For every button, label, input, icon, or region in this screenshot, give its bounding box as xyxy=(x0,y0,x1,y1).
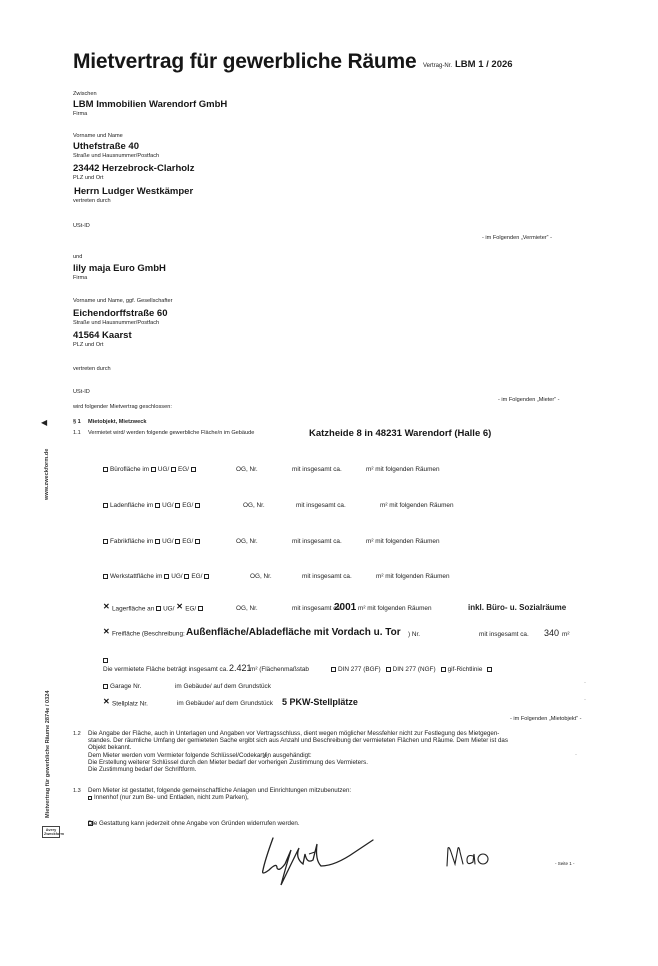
ug-checkbox[interactable] xyxy=(164,574,169,579)
rooms-label: m² mit folgenden Räumen xyxy=(380,502,454,509)
total-area-value: 2.421 xyxy=(229,663,252,673)
rooms-label: m² mit folgenden Räumen xyxy=(366,466,440,473)
section-1-2-line: Objekt bekannt. xyxy=(88,744,608,751)
total-area-unit: m² (Flächenmaßstab xyxy=(250,666,309,673)
landlord-company: LBM Immobilien Warendorf GmbH xyxy=(73,99,227,110)
parking-row: Stellplatz Nr. xyxy=(103,700,148,708)
ug-checkbox[interactable] xyxy=(155,503,160,508)
section-1-2-number: 1.2 xyxy=(73,731,81,737)
rooms-label: m² mit folgenden Räumen xyxy=(366,538,440,545)
area-type-label: Werkstattfläche im xyxy=(110,573,164,580)
og-checkbox[interactable] xyxy=(195,503,200,508)
area-type-checkbox[interactable] xyxy=(103,574,108,579)
standard-label: DIN 277 (BGF) xyxy=(338,666,381,673)
tenant-company-label: Firma xyxy=(73,275,87,281)
landlord-city: 23442 Herzebrock-Clarholz xyxy=(73,163,194,174)
open-area-checkbox[interactable] xyxy=(103,630,110,636)
total-area-label: Die vermietete Fläche beträgt insgesamt … xyxy=(103,666,228,673)
section-1-3-line-2: Innenhof (nur zum Be- und Entladen, nich… xyxy=(94,794,249,801)
eg-checkbox[interactable] xyxy=(175,503,180,508)
standard-checkbox[interactable] xyxy=(331,667,336,672)
area-type: Ladenfläche im UG/ EG/ xyxy=(103,502,202,509)
extra-area-checkbox[interactable] xyxy=(103,658,108,663)
standard-checkbox[interactable] xyxy=(487,667,492,672)
margin-mark: · xyxy=(584,697,586,703)
area-type-label: Bürofläche im xyxy=(110,466,151,473)
section-1-heading: Mietobjekt, Mietzweck xyxy=(88,419,146,425)
tenant-city-label: PLZ und Ort xyxy=(73,342,103,348)
og-checkbox[interactable] xyxy=(195,539,200,544)
landlord-city-label: PLZ und Ort xyxy=(73,175,103,181)
form-reference: Mietvertrag für gewerbliche Räume 2874e … xyxy=(45,691,51,818)
section-1-1-intro: Vermietet wird/ werden folgende gewerbli… xyxy=(88,430,254,436)
area-type: Werkstattfläche im UG/ EG/ xyxy=(103,573,211,580)
tenant-street-label: Straße und Hausnummer/Postfach xyxy=(73,320,159,326)
section-1-3-number: 1.3 xyxy=(73,788,81,794)
avery-logo-icon: Avery Zweckform xyxy=(42,826,60,838)
logo-bottom: Zweckform xyxy=(44,832,58,836)
area-type-checkbox[interactable] xyxy=(103,467,108,472)
area-type-label: Ladenfläche im xyxy=(110,502,155,509)
standard-label: DIN 277 (NGF) xyxy=(393,666,436,673)
area-type: Lagerfläche an UG/ EG/ xyxy=(103,605,205,613)
section-1-2-text: Die Angabe der Fläche, auch in Unterlage… xyxy=(88,730,608,773)
standard-option[interactable] xyxy=(487,666,494,673)
standard-option[interactable]: DIN 277 (BGF) xyxy=(331,666,381,673)
section-1-2-line: Die Erstellung weiterer Schlüssel durch … xyxy=(88,759,608,766)
og-number-label: OG, Nr. xyxy=(236,538,258,545)
ug-checkbox[interactable] xyxy=(155,539,160,544)
total-label: mit insgesamt ca. xyxy=(292,466,342,473)
measurement-standards: DIN 277 (BGF)DIN 277 (NGF)gif-Richtlinie xyxy=(331,666,499,673)
open-area-row: Freifläche (Beschreibung: xyxy=(103,630,185,638)
and-label: und xyxy=(73,254,82,260)
contract-number: LBM 1 / 2026 xyxy=(455,59,513,70)
area-type-label: Fabrikfläche im xyxy=(110,538,155,545)
ug-checkbox[interactable] xyxy=(151,467,156,472)
eg-checkbox[interactable] xyxy=(184,574,189,579)
rooms-label: m² mit folgenden Räumen xyxy=(376,573,450,580)
building-address: Katzheide 8 in 48231 Warendorf (Halle 6) xyxy=(309,428,491,439)
garage-location: im Gebäude/ auf dem Grundstück xyxy=(175,683,271,690)
parking-value: 5 PKW-Stellplätze xyxy=(282,697,358,707)
keys-value: ./. xyxy=(262,751,269,760)
page-title: Mietvertrag für gewerbliche Räume xyxy=(73,50,417,74)
margin-mark: · xyxy=(575,752,577,758)
object-note: - im Folgenden „Mietobjekt“ - xyxy=(510,716,582,722)
contract-number-label: Vertrag-Nr. xyxy=(423,63,452,69)
section-1-1-number: 1.1 xyxy=(73,430,81,436)
standard-option[interactable]: gif-Richtlinie xyxy=(441,666,483,673)
landlord-name-label: Vorname und Name xyxy=(73,133,123,139)
rooms-value: inkl. Büro- u. Sozialräume xyxy=(468,603,566,612)
open-area-total-label: mit insgesamt ca. xyxy=(479,631,529,638)
landlord-representative: Herrn Ludger Westkämper xyxy=(74,186,193,197)
og-number-label: OG, Nr. xyxy=(243,502,265,509)
margin-mark: · xyxy=(584,680,586,686)
section-1-2-line: Dem Mieter werden vom Vermieter folgende… xyxy=(88,752,608,759)
tenant-city: 41564 Kaarst xyxy=(73,330,132,341)
open-area-label: Freifläche (Beschreibung: xyxy=(112,631,185,638)
eg-checkbox[interactable] xyxy=(171,467,176,472)
og-number-label: OG, Nr. xyxy=(236,466,258,473)
landlord-vat-label: USt-ID xyxy=(73,223,90,229)
og-checkbox[interactable] xyxy=(204,574,209,579)
garage-label: Garage Nr. xyxy=(110,683,141,690)
between-label: Zwischen xyxy=(73,91,97,97)
area-type: Fabrikfläche im UG/ EG/ xyxy=(103,538,202,545)
parking-checkbox[interactable] xyxy=(103,700,110,706)
tenant-signature xyxy=(443,842,493,870)
tenant-name-label: Vorname und Name, ggf. Gesellschafter xyxy=(73,298,173,304)
document-page: Mietvertrag für gewerbliche Räume Vertra… xyxy=(0,0,658,966)
arrow-marker-icon: ◀ xyxy=(41,418,47,427)
landlord-signature xyxy=(255,830,395,895)
parking-location: im Gebäude/ auf dem Grundstück xyxy=(177,700,273,707)
section-1-number: § 1 xyxy=(73,419,81,425)
rooms-label: m² mit folgenden Räumen xyxy=(358,605,432,612)
section-1-3-line-2-row: Innenhof (nur zum Be- und Entladen, nich… xyxy=(88,794,249,801)
garage-checkbox[interactable] xyxy=(103,684,108,689)
website-text: www.zweckform.de xyxy=(44,449,50,500)
tenant-representative-label: vertreten durch xyxy=(73,366,111,372)
og-checkbox[interactable] xyxy=(198,606,203,611)
landlord-street: Uthefstraße 40 xyxy=(73,141,139,152)
tenant-company: lily maja Euro GmbH xyxy=(73,263,166,274)
open-area-unit: m² xyxy=(562,631,569,638)
landlord-street-label: Straße und Hausnummer/Postfach xyxy=(73,153,159,159)
landlord-role-note: - im Folgenden „Vermieter“ - xyxy=(482,235,552,241)
area-type-checkbox[interactable] xyxy=(103,503,108,508)
area-type-checkbox[interactable] xyxy=(103,539,108,544)
area-sqm: 2001 xyxy=(334,602,356,613)
extra-area-row xyxy=(103,649,110,667)
open-area-nr-label: ) Nr. xyxy=(408,631,420,638)
og-checkbox[interactable] xyxy=(191,467,196,472)
page-number: - Seite 1 - xyxy=(555,861,575,866)
open-area-sqm: 340 xyxy=(544,628,559,638)
tenant-role-note: - im Folgenden „Mieter“ - xyxy=(498,397,560,403)
standard-label: gif-Richtlinie xyxy=(448,666,483,673)
eg-checkbox[interactable] xyxy=(176,605,183,611)
standard-checkbox[interactable] xyxy=(386,667,391,672)
open-area-description: Außenfläche/Abladefläche mit Vordach u. … xyxy=(186,627,401,638)
parking-label: Stellplatz Nr. xyxy=(112,701,148,708)
standard-checkbox[interactable] xyxy=(441,667,446,672)
total-label: mit insgesamt ca. xyxy=(296,502,346,509)
section-1-2-line: Die Zustimmung bedarf der Schriftform. xyxy=(88,766,608,773)
eg-checkbox[interactable] xyxy=(175,539,180,544)
area-type-checkbox[interactable] xyxy=(103,605,110,611)
landlord-representative-label: vertreten durch xyxy=(73,198,111,204)
tenant-vat-label: USt-ID xyxy=(73,389,90,395)
area-type: Bürofläche im UG/ EG/ xyxy=(103,466,198,473)
ug-checkbox[interactable] xyxy=(156,606,161,611)
total-label: mit insgesamt ca. xyxy=(302,573,352,580)
tenant-street: Eichendorffstraße 60 xyxy=(73,308,168,319)
section-1-2-line: standes. Der räumliche Umfang der gemiet… xyxy=(88,737,608,744)
courtyard-checkbox[interactable] xyxy=(88,796,92,800)
revocation-text: Die Gestattung kann jederzeit ohne Angab… xyxy=(88,820,300,827)
total-label: mit insgesamt ca. xyxy=(292,538,342,545)
area-type-label: Lagerfläche an xyxy=(112,606,156,613)
section-1-2-line: Die Angabe der Fläche, auch in Unterlage… xyxy=(88,730,608,737)
standard-option[interactable]: DIN 277 (NGF) xyxy=(386,666,436,673)
landlord-company-label: Firma xyxy=(73,111,87,117)
garage-row: Garage Nr. xyxy=(103,683,141,690)
contract-concluded-text: wird folgender Mietvertrag geschlossen: xyxy=(73,404,172,410)
og-number-label: OG, Nr. xyxy=(250,573,272,580)
og-number-label: OG, Nr. xyxy=(236,605,258,612)
